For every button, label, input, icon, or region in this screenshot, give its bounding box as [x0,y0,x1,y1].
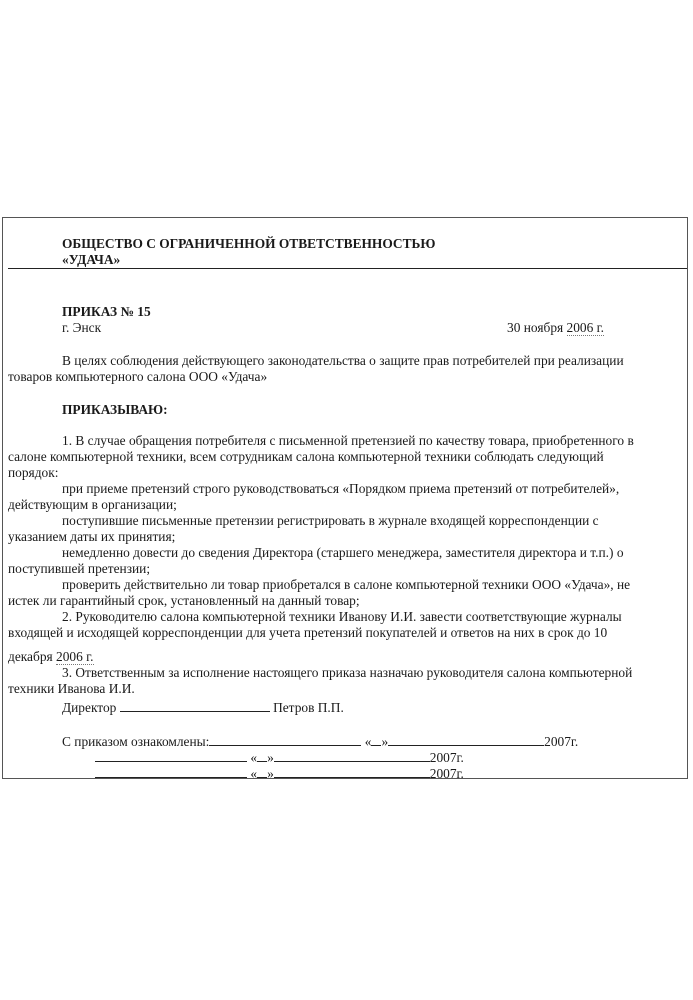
body-line: 1. В случае обращения потребителя с пись… [62,433,634,449]
body-line: истек ли гарантийный срок, установленный… [8,593,360,609]
deadline-year: 2006 г. [56,649,93,665]
body-line: при приеме претензий строго руководствов… [62,481,619,497]
quote-open: « [250,750,257,765]
header-rule [8,268,687,269]
org-name-line2: «УДАЧА» [62,252,120,268]
signature-line: Директор Петров П.П. [62,699,344,716]
order-city: г. Энск [62,320,101,336]
decree-heading: ПРИКАЗЫВАЮ: [62,402,168,418]
signature-role: Директор [62,700,116,715]
ack-year-3: 2007г. [430,766,464,781]
ack-month-blank-3[interactable] [274,765,430,778]
body-line: салоне компьютерной техники, всем сотруд… [8,449,604,465]
ack-month-blank-1[interactable] [388,733,544,746]
body-line: поступившие письменные претензии регистр… [62,513,599,529]
order-date-prefix: 30 ноября [507,320,567,335]
ack-name-blank-1[interactable] [209,733,361,746]
order-date: 30 ноября 2006 г. [507,320,604,336]
body-line: входящей и исходящей корреспонденции для… [8,625,607,641]
deadline-prefix: декабря [8,649,56,664]
body-line: указанием даты их принятия; [8,529,175,545]
order-date-year: 2006 г. [567,320,604,336]
preamble-line2: товаров компьютерного салона ООО «Удача» [8,369,267,385]
signature-blank[interactable] [120,699,270,712]
body-line: 2. Руководителю салона компьютерной техн… [62,609,622,625]
ack-day-blank-1[interactable] [371,733,381,746]
quote-close: » [267,766,274,781]
ack-row-1: С приказом ознакомлены: «»2007г. [62,733,578,750]
ack-day-blank-2[interactable] [257,749,267,762]
body-line: техники Иванова И.И. [8,681,135,697]
ack-year-1: 2007г. [544,734,578,749]
quote-close: » [381,734,388,749]
deadline-line: декабря 2006 г. [8,649,94,665]
ack-day-blank-3[interactable] [257,765,267,778]
body-line: 3. Ответственным за исполнение настоящег… [62,665,632,681]
ack-label: С приказом ознакомлены: [62,734,209,749]
quote-close: » [267,750,274,765]
body-line: проверить действительно ли товар приобре… [62,577,630,593]
body-line: поступившей претензии; [8,561,150,577]
body-line: немедленно довести до сведения Директора… [62,545,624,561]
ack-row-3: «»2007г. [95,765,464,782]
body-line: действующим в организации; [8,497,177,513]
body-line: порядок: [8,465,58,481]
ack-month-blank-2[interactable] [274,749,430,762]
order-title: ПРИКАЗ № 15 [62,304,151,320]
quote-open: « [365,734,372,749]
preamble-line1: В целях соблюдения действующего законода… [62,353,624,369]
signature-name: Петров П.П. [273,700,344,715]
quote-open: « [250,766,257,781]
org-name-line1: ОБЩЕСТВО С ОГРАНИЧЕННОЙ ОТВЕТСТВЕННОСТЬЮ [62,236,435,252]
ack-name-blank-3[interactable] [95,765,247,778]
ack-name-blank-2[interactable] [95,749,247,762]
ack-row-2: «»2007г. [95,749,464,766]
ack-year-2: 2007г. [430,750,464,765]
